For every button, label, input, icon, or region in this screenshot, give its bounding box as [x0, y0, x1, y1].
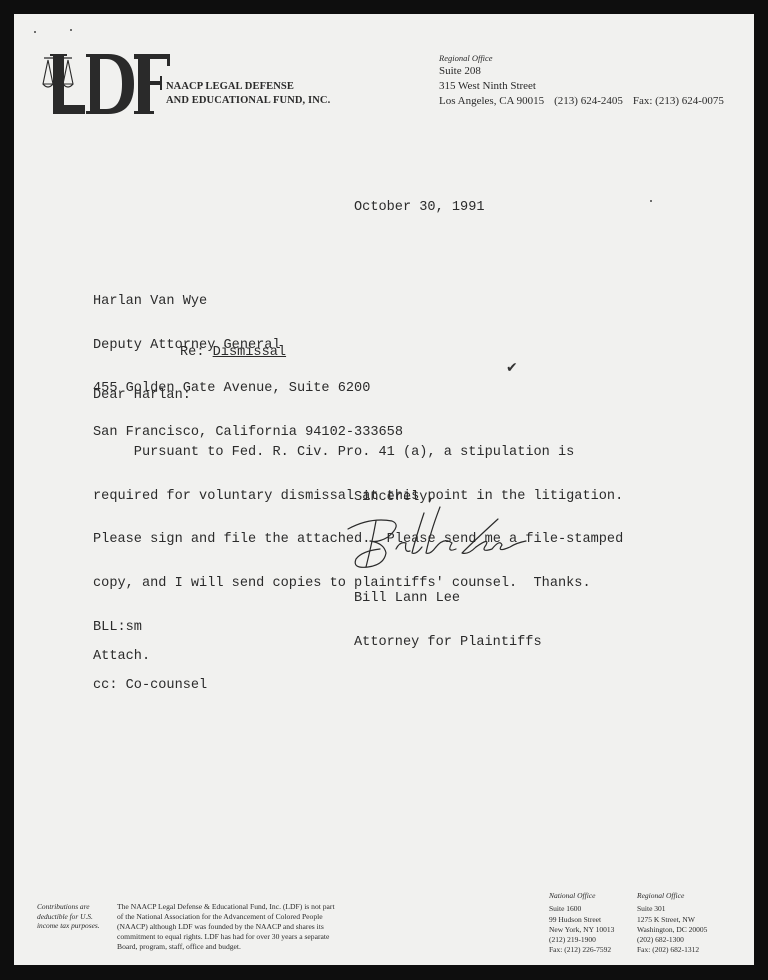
dc-office-line: (202) 682-1300 [637, 935, 707, 945]
disclaimer-line: The NAACP Legal Defense & Educational Fu… [117, 902, 377, 912]
national-office-line: Fax: (212) 226-7592 [549, 945, 614, 955]
ldf-disclaimer: The NAACP Legal Defense & Educational Fu… [117, 902, 377, 952]
letter-page: NAACP LEGAL DEFENSE AND EDUCATIONAL FUND… [14, 14, 754, 965]
tax-deduction-note: Contributions are deductible for U.S. in… [37, 902, 112, 931]
dc-office-line: Washington, DC 20005 [637, 925, 707, 935]
dc-office-block: Regional Office Suite 301 1275 K Street,… [637, 891, 707, 956]
regional-office-suite: Suite 208 [439, 64, 724, 79]
tax-note-line: deductible for U.S. [37, 912, 112, 922]
subject-line: Re: Dismissal [180, 346, 286, 361]
national-office-line: Suite 1600 [549, 904, 614, 914]
ldf-scales-logo [42, 52, 172, 118]
regional-office-street: 315 West Ninth Street [439, 79, 724, 94]
regional-office-phone: (213) 624-2405 [554, 95, 623, 107]
subject-text: Dismissal [213, 345, 286, 360]
regional-office-block: Regional Office Suite 208 315 West Ninth… [439, 52, 724, 109]
regional-office-city: Los Angeles, CA 90015 [439, 95, 544, 107]
org-name-line1: NAACP LEGAL DEFENSE [166, 80, 330, 94]
regional-office-label: Regional Office [439, 52, 724, 64]
body-line: Pursuant to Fed. R. Civ. Pro. 41 (a), a … [93, 446, 623, 461]
organization-name: NAACP LEGAL DEFENSE AND EDUCATIONAL FUND… [166, 80, 330, 108]
national-office-line: 99 Hudson Street [549, 915, 614, 925]
cc-line: cc: Co-counsel [93, 679, 207, 694]
signer-title: Attorney for Plaintiffs [354, 636, 542, 651]
tax-note-line: Contributions are [37, 902, 112, 912]
attachment-note: Attach. [93, 650, 150, 665]
national-office-label: National Office [549, 891, 614, 901]
org-name-line2: AND EDUCATIONAL FUND, INC. [166, 94, 330, 108]
paper-speck [70, 29, 72, 31]
regional-office-fax: Fax: (213) 624-0075 [633, 95, 724, 107]
checkmark-icon: ✔ [506, 360, 518, 376]
dc-office-line: 1275 K Street, NW [637, 915, 707, 925]
national-office-line: New York, NY 10013 [549, 925, 614, 935]
salutation: Dear Harlan: [93, 389, 191, 404]
national-office-line: (212) 219-1900 [549, 935, 614, 945]
disclaimer-line: (NAACP) although LDF was founded by the … [117, 922, 377, 932]
typist-initials: BLL:sm [93, 621, 142, 636]
national-office-block: National Office Suite 1600 99 Hudson Str… [549, 891, 614, 956]
disclaimer-line: commitment to equal rights. LDF has had … [117, 932, 377, 942]
signer-name: Bill Lann Lee [354, 592, 542, 607]
letter-date: October 30, 1991 [354, 201, 485, 216]
paper-speck [34, 31, 36, 33]
disclaimer-line: Board, program, staff, office and budget… [117, 942, 377, 952]
paper-speck [650, 200, 652, 202]
recipient-name: Harlan Van Wye [93, 295, 403, 310]
disclaimer-line: of the National Association for the Adva… [117, 912, 377, 922]
regional-office-contact-row: Los Angeles, CA 90015(213) 624-2405Fax: … [439, 94, 724, 109]
signer-block: Bill Lann Lee Attorney for Plaintiffs [354, 563, 542, 679]
dc-office-label: Regional Office [637, 891, 707, 901]
dc-office-line: Suite 301 [637, 904, 707, 914]
subject-label: Re: [180, 345, 213, 360]
dc-office-line: Fax: (202) 682-1312 [637, 945, 707, 955]
tax-note-line: income tax purposes. [37, 921, 112, 931]
